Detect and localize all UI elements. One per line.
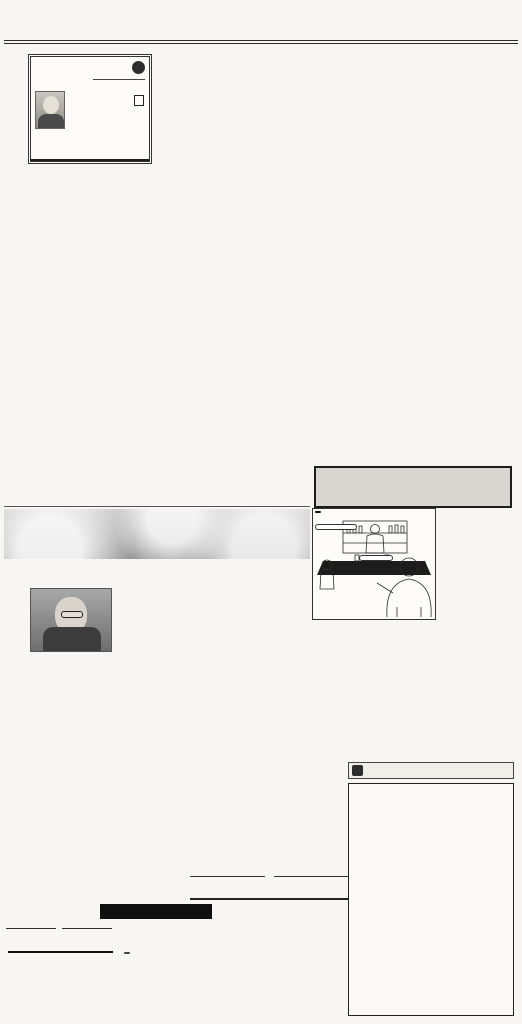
columnist-credit bbox=[428, 743, 512, 762]
facebook-icon bbox=[352, 765, 363, 776]
editorial-column-e bbox=[428, 626, 512, 742]
article-column-1 bbox=[28, 203, 121, 503]
columnist-photo bbox=[30, 588, 112, 652]
sudoku-grid bbox=[8, 951, 113, 953]
got-local-news-box bbox=[314, 466, 512, 508]
realtor-photo bbox=[35, 91, 65, 129]
article-column-2 bbox=[125, 50, 215, 502]
wordsearch-answer-grid bbox=[116, 948, 212, 1022]
editorial-column-a bbox=[28, 676, 121, 898]
cartoon-title bbox=[315, 511, 321, 513]
rule-dash bbox=[190, 876, 265, 877]
speech-bubble-1 bbox=[315, 524, 357, 530]
facebook-bar bbox=[348, 762, 514, 779]
puzzle-answers-banner bbox=[100, 904, 212, 919]
editorial-column-e-top bbox=[440, 508, 512, 622]
header-rule-thin bbox=[4, 43, 518, 44]
author-bio bbox=[410, 331, 508, 463]
crossword-answer-grid bbox=[190, 898, 348, 900]
editorial-cartoon bbox=[312, 508, 436, 620]
section-divider bbox=[4, 506, 310, 507]
speech-bubble-2 bbox=[359, 555, 393, 561]
editorial-column-d bbox=[340, 626, 424, 758]
article-column-5 bbox=[410, 50, 508, 328]
masthead-box bbox=[348, 783, 514, 1016]
editorial-column-c bbox=[219, 589, 309, 865]
editorial-column-b bbox=[125, 589, 215, 901]
article-column-4 bbox=[313, 50, 406, 462]
rule-dash bbox=[6, 928, 56, 929]
newspaper-page bbox=[0, 0, 522, 1024]
crossword-heading bbox=[190, 876, 348, 877]
our-voice-banner bbox=[4, 509, 310, 559]
article-column-3 bbox=[219, 50, 309, 502]
glasses-detail bbox=[61, 611, 83, 618]
header-rule bbox=[4, 40, 518, 41]
rule-dash bbox=[274, 876, 349, 877]
rule-dash bbox=[62, 928, 112, 929]
wordsearch-word bbox=[124, 952, 130, 954]
sudoku-heading bbox=[6, 928, 112, 929]
